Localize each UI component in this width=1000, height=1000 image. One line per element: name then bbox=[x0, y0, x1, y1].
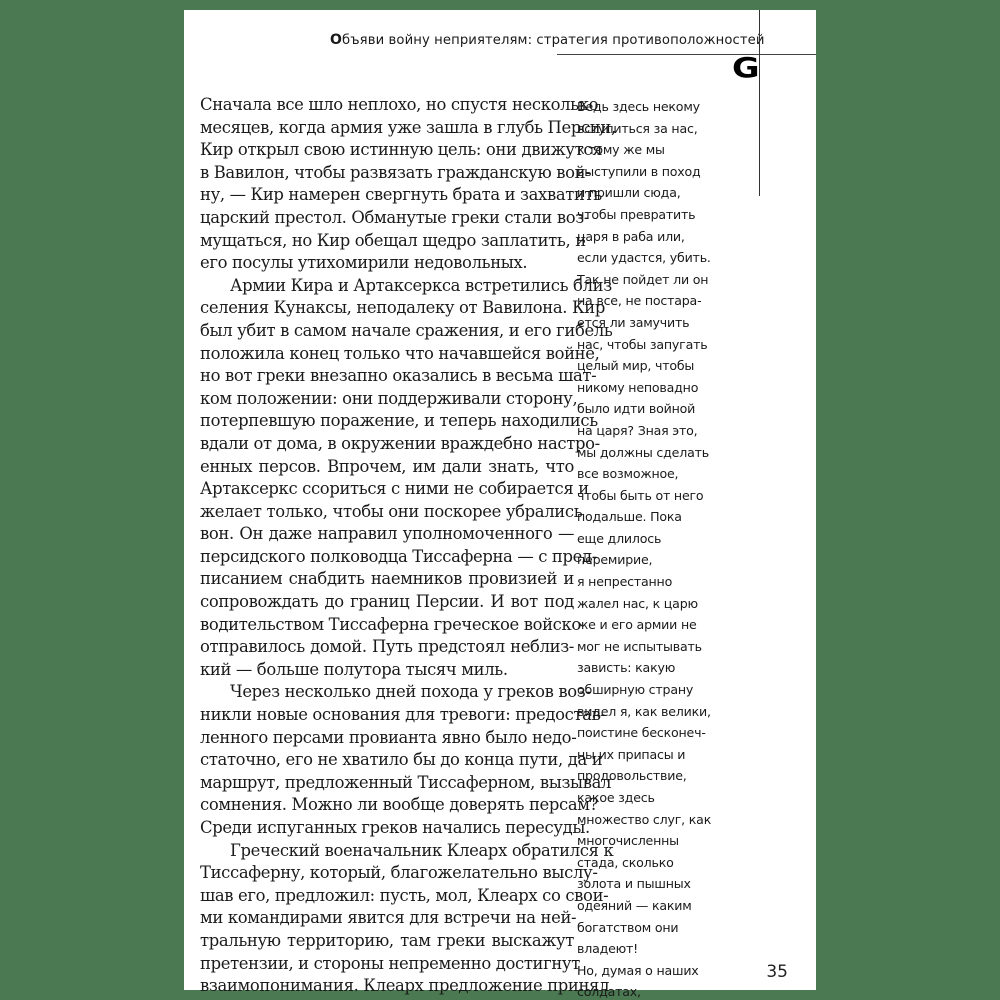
paragraph-line: положила конец только что начавшейся вой… bbox=[200, 343, 574, 366]
paragraph-line: ленного персами провианта явно было недо… bbox=[200, 727, 574, 750]
sidebar-line: золота и пышных bbox=[577, 873, 747, 895]
paragraph-line: статочно, его не хватило бы до конца пут… bbox=[200, 749, 574, 772]
sidebar-line: жалел нас, к царю bbox=[577, 593, 747, 615]
sidebar-line: Но, думая о наших bbox=[577, 960, 747, 982]
paragraph-line: ком положении: они поддерживали сторону, bbox=[200, 388, 574, 411]
paragraph-line: его посулы утихомирили недовольных. bbox=[200, 252, 574, 275]
paragraph-line: мущаться, но Кир обещал щедро заплатить,… bbox=[200, 230, 574, 253]
sidebar-line: ется ли замучить bbox=[577, 312, 747, 334]
sidebar-line: подальше. Пока bbox=[577, 506, 747, 528]
sidebar-line: зависть: какую bbox=[577, 657, 747, 679]
paragraph-line: царский престол. Обманутые греки стали в… bbox=[200, 207, 574, 230]
paragraph-line: Греческий военачальник Клеарх обратился … bbox=[200, 840, 574, 863]
paragraph-line: маршрут, предложенный Тиссаферном, вызыв… bbox=[200, 772, 574, 795]
sidebar-line: все возможное, bbox=[577, 463, 747, 485]
page-number: 35 bbox=[766, 962, 788, 982]
paragraph-line: но вот греки внезапно оказались в весьма… bbox=[200, 365, 574, 388]
paragraph-line: Через несколько дней похода у греков воз… bbox=[200, 681, 574, 704]
sidebar-quote: Ведь здесь некомувступиться за нас,к том… bbox=[577, 96, 747, 1000]
paragraph-line: сопровождать до границ Персии. И вот под bbox=[200, 591, 574, 614]
sidebar-line: чтобы превратить bbox=[577, 204, 747, 226]
sidebar-line: вступиться за нас, bbox=[577, 118, 747, 140]
header-vertical-rule bbox=[759, 10, 760, 196]
sidebar-line: какое здесь bbox=[577, 787, 747, 809]
running-head: Объяви войну неприятелям: стратегия прот… bbox=[330, 32, 750, 48]
paragraph-line: отправилось домой. Путь предстоял неблиз… bbox=[200, 636, 574, 659]
sidebar-line: мы должны сделать bbox=[577, 442, 747, 464]
sidebar-line: целый мир, чтобы bbox=[577, 355, 747, 377]
sidebar-line: еще длилось bbox=[577, 528, 747, 550]
sidebar-line: никому неповадно bbox=[577, 377, 747, 399]
paragraph-line: Среди испуганных греков начались пересуд… bbox=[200, 817, 574, 840]
sidebar-line: Так не пойдет ли он bbox=[577, 269, 747, 291]
paragraph-line: кий — больше полутора тысяч миль. bbox=[200, 659, 574, 682]
sidebar-line: видел я, как велики, bbox=[577, 701, 747, 723]
sidebar-line: Ведь здесь некому bbox=[577, 96, 747, 118]
paragraph-line: ми командирами явится для встречи на ней… bbox=[200, 907, 574, 930]
sidebar-line: и пришли сюда, bbox=[577, 182, 747, 204]
paragraph-line: потерпевшую поражение, и теперь находили… bbox=[200, 410, 574, 433]
sidebar-line: поистине бесконеч- bbox=[577, 722, 747, 744]
sidebar-line: множество слуг, как bbox=[577, 809, 747, 831]
sidebar-line: стада, сколько bbox=[577, 852, 747, 874]
sidebar-line: многочисленны bbox=[577, 830, 747, 852]
sidebar-line: обширную страну bbox=[577, 679, 747, 701]
paragraph-line: Сначала все шло неплохо, но спустя неско… bbox=[200, 94, 574, 117]
sidebar-line: было идти войной bbox=[577, 398, 747, 420]
paragraph-line: взаимопонимания. Клеарх предложение прин… bbox=[200, 975, 574, 998]
book-page: Объяви войну неприятелям: стратегия прот… bbox=[184, 10, 816, 990]
paragraph-line: тральную территорию, там греки выскажут bbox=[200, 930, 574, 953]
paragraph-line: Тиссаферну, который, благожелательно выс… bbox=[200, 862, 574, 885]
paragraph-line: енных персов. Впрочем, им дали знать, чт… bbox=[200, 456, 574, 479]
sidebar-line: я непрестанно bbox=[577, 571, 747, 593]
paragraph-line: сомнения. Можно ли вообще доверять перса… bbox=[200, 794, 574, 817]
sidebar-line: царя в раба или, bbox=[577, 226, 747, 248]
sidebar-line: выступили в поход bbox=[577, 161, 747, 183]
paragraph-line: водительством Тиссаферна греческое войск… bbox=[200, 614, 574, 637]
sidebar-line: одеяний — каким bbox=[577, 895, 747, 917]
running-head-drop-letter: О bbox=[330, 32, 342, 48]
paragraph-line: вон. Он даже направил уполномоченного — bbox=[200, 523, 574, 546]
paragraph-line: селения Кунаксы, неподалеку от Вавилона.… bbox=[200, 297, 574, 320]
paragraph-line: шав его, предложил: пусть, мол, Клеарх с… bbox=[200, 885, 574, 908]
paragraph-line: Кир открыл свою истинную цель: они движу… bbox=[200, 139, 574, 162]
header-horizontal-rule bbox=[557, 54, 816, 55]
sidebar-line: продовольствие, bbox=[577, 765, 747, 787]
section-letter-marker: G bbox=[732, 54, 760, 82]
paragraph-line: вдали от дома, в окружении враждебно нас… bbox=[200, 433, 574, 456]
paragraph-line: персидского полководца Тиссаферна — с пр… bbox=[200, 546, 574, 569]
sidebar-line: к тому же мы bbox=[577, 139, 747, 161]
paragraph-line: был убит в самом начале сражения, и его … bbox=[200, 320, 574, 343]
paragraph-line: претензии, и стороны непременно достигну… bbox=[200, 953, 574, 976]
sidebar-line: мог не испытывать bbox=[577, 636, 747, 658]
sidebar-line: богатством они bbox=[577, 917, 747, 939]
sidebar-line: чтобы быть от него bbox=[577, 485, 747, 507]
sidebar-line: если удастся, убить. bbox=[577, 247, 747, 269]
sidebar-line: ны их припасы и bbox=[577, 744, 747, 766]
paragraph-line: ну, — Кир намерен свергнуть брата и захв… bbox=[200, 184, 574, 207]
paragraph-line: желает только, чтобы они поскорее убрали… bbox=[200, 501, 574, 524]
sidebar-line: перемирие, bbox=[577, 549, 747, 571]
paragraph-line: Артаксеркс ссориться с ними не собираетс… bbox=[200, 478, 574, 501]
sidebar-line: на все, не постара- bbox=[577, 290, 747, 312]
running-head-title: бъяви войну неприятелям: стратегия проти… bbox=[342, 33, 765, 48]
main-body-text: Сначала все шло неплохо, но спустя неско… bbox=[200, 94, 574, 998]
sidebar-line: солдатах, bbox=[577, 981, 747, 1000]
paragraph-line: писанием снабдить наемников провизией и bbox=[200, 568, 574, 591]
paragraph-line: никли новые основания для тревоги: предо… bbox=[200, 704, 574, 727]
sidebar-line: на царя? Зная это, bbox=[577, 420, 747, 442]
sidebar-line: владеют! bbox=[577, 938, 747, 960]
paragraph-line: месяцев, когда армия уже зашла в глубь П… bbox=[200, 117, 574, 140]
sidebar-line: же и его армии не bbox=[577, 614, 747, 636]
sidebar-line: нас, чтобы запугать bbox=[577, 334, 747, 356]
paragraph-line: Армии Кира и Артаксеркса встретились бли… bbox=[200, 275, 574, 298]
paragraph-line: в Вавилон, чтобы развязать гражданскую в… bbox=[200, 162, 574, 185]
